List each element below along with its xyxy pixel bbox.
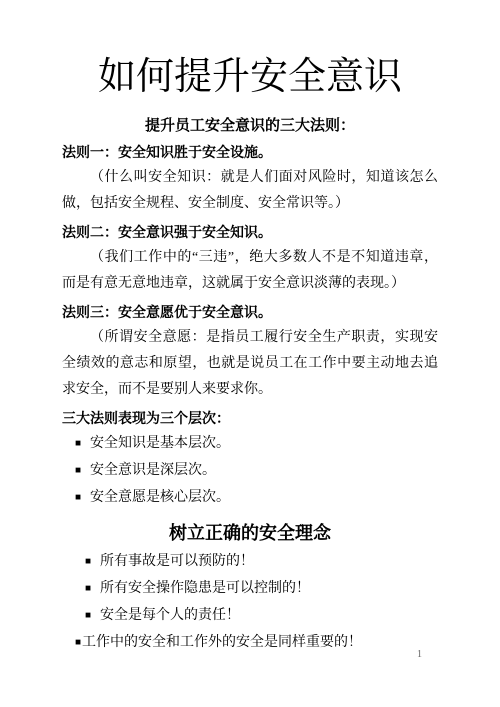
document-title: 如何提升安全意识 <box>62 0 438 100</box>
rule-1-body: （什么叫安全知识：就是人们面对风险时，知道该怎么做，包括安全规程、安全制度、安全… <box>62 165 438 217</box>
levels-heading: 三大法则表现为三个层次： <box>62 405 438 431</box>
bullet-square-icon: ■ <box>85 549 91 575</box>
bullet-square-icon: ■ <box>75 431 81 457</box>
document-page: 如何提升安全意识 提升员工安全意识的三大法则： 法则一：安全知识胜于安全设施。 … <box>0 0 500 707</box>
concept-list-item: ■所有事故是可以预防的！ <box>62 549 438 576</box>
concept-list-item: ■工作中的安全和工作外的安全是同样重要的！ <box>62 630 438 657</box>
concept-list-item: ■安全是每个人的责任！ <box>62 603 438 630</box>
list-item-text: 安全意识是深层次。 <box>90 463 216 478</box>
list-item-text: 工作中的安全和工作外的安全是同样重要的！ <box>82 635 362 650</box>
list-item-text: 安全知识是基本层次。 <box>90 436 230 451</box>
bullet-square-icon: ■ <box>75 485 81 511</box>
concept-list-item: ■所有安全操作隐患是可以控制的！ <box>62 576 438 603</box>
rule-2-body: （我们工作中的“三违”，绝大多数人不是不知道违章，而是有意无意地违章，这就属于安… <box>62 245 438 297</box>
document-body: 法则一：安全知识胜于安全设施。 （什么叫安全知识：就是人们面对风险时，知道该怎么… <box>62 139 438 657</box>
bullet-square-icon: ■ <box>85 576 91 602</box>
list-item-text: 所有安全操作隐患是可以控制的！ <box>100 581 310 596</box>
rule-3-body: （所谓安全意愿：是指员工履行安全生产职责，实现安全绩效的意志和原望，也就是说员工… <box>62 325 438 403</box>
level-list-item: ■安全知识是基本层次。 <box>62 431 438 458</box>
concepts-list: ■所有事故是可以预防的！ ■所有安全操作隐患是可以控制的！ ■安全是每个人的责任… <box>62 549 438 657</box>
list-item-text: 安全意愿是核心层次。 <box>90 490 230 505</box>
section-heading: 树立正确的安全理念 <box>62 520 438 546</box>
rule-3-heading: 法则三：安全意愿优于安全意识。 <box>62 299 438 325</box>
rule-2-heading: 法则二：安全意识强于安全知识。 <box>62 219 438 245</box>
bullet-square-icon: ■ <box>85 603 91 629</box>
level-list-item: ■安全意愿是核心层次。 <box>62 485 438 512</box>
document-subtitle: 提升员工安全意识的三大法则： <box>62 115 438 137</box>
page-number: 1 <box>417 649 422 660</box>
list-item-text: 安全是每个人的责任！ <box>100 608 240 623</box>
level-list-item: ■安全意识是深层次。 <box>62 458 438 485</box>
list-item-text: 所有事故是可以预防的！ <box>100 554 254 569</box>
bullet-square-icon: ■ <box>75 458 81 484</box>
rule-1-heading: 法则一：安全知识胜于安全设施。 <box>62 139 438 165</box>
bullet-square-icon: ■ <box>75 630 81 656</box>
